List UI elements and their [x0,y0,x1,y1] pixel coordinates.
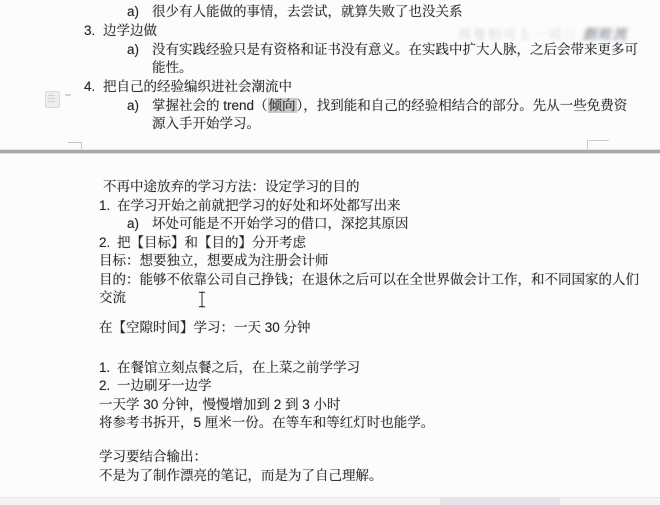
line-text: 边学边做 [103,23,157,38]
page-break-gap [0,150,660,153]
ibeam-cursor-icon [197,291,207,308]
list-marker: 1. [99,358,117,377]
line-text: 没有实践经验只是有资格和证书没有意义。在实践中扩大人脉，之后会带来更多可 [152,42,638,57]
revision-tick-mark [65,94,71,96]
doc-line[interactable]: 交流 [0,288,660,307]
list-marker: a) [127,214,152,233]
line-text: 在【空隙时间】学习：一天 30 分钟 [99,320,311,335]
list-marker: 1. [99,196,117,215]
line-text: 学习要结合输出： [99,449,207,464]
line-text: 将参考书拆开，5 厘米一份。在等车和等红灯时也能学。 [99,415,434,430]
line-text: 掌握社会的 trend（ [152,98,268,113]
line-text: 一边刷牙一边学 [117,378,212,393]
line-text: 交流 [99,290,126,305]
line-text: 把自己的经验编织进社会潮流中 [103,79,292,94]
list-marker: 2. [99,376,117,395]
horizontal-scrollbar[interactable] [0,497,660,505]
comment-indicator-icon[interactable] [45,91,60,108]
doc-line[interactable]: 源入手开始学习。 [0,114,660,133]
doc-line[interactable]: 一天学 30 分钟，慢慢增加到 2 到 3 小时 [0,395,660,414]
doc-line[interactable]: 2.把【目标】和【目的】分开考虑 [0,233,660,252]
list-marker: a) [127,40,152,59]
doc-line[interactable]: a)很少有人能做的事情，去尝试，就算失败了也没关系 [0,2,660,21]
section-heading: 不再中途放弃的学习方法：设定学习的目的 [103,179,360,194]
doc-line[interactable]: a)掌握社会的 trend（倾向），找到能和自己的经验相结合的部分。先从一些免费… [0,96,660,115]
doc-line[interactable]: 不是为了制作漂亮的笔记，而是为了自己理解。 [0,466,660,485]
doc-line[interactable]: 目的：能够不依靠公司自己挣钱；在退休之后可以在全世界做会计工作，和不同国家的人们 [0,270,660,289]
doc-line[interactable]: 将参考书拆开，5 厘米一份。在等车和等红灯时也能学。 [0,413,660,432]
list-marker: 4. [84,77,103,96]
doc-line[interactable]: 2.一边刷牙一边学 [0,376,660,395]
line-text: 很少有人能做的事情，去尝试，就算失败了也没关系 [152,4,463,19]
doc-line[interactable]: 3.边学边做 [0,21,660,40]
line-text: 坏处可能是不开始学习的借口，深挖其原因 [152,216,409,231]
line-text: 源入手开始学习。 [152,116,260,131]
list-marker: a) [127,96,152,115]
highlighted-text: 倾向 [268,98,297,113]
doc-line[interactable]: 能性。 [0,58,660,77]
doc-line[interactable]: 4.把自己的经验编织进社会潮流中 [0,77,660,96]
list-marker: a) [127,2,152,21]
doc-line[interactable]: 不再中途放弃的学习方法：设定学习的目的 [0,177,660,196]
document-canvas: { "page1": { "lines": [ {"marker": "a)",… [0,0,660,505]
line-text: 目标：想要独立，想要成为注册会计师 [99,253,329,268]
list-marker: 3. [84,21,103,40]
line-text: 目的：能够不依靠公司自己挣钱；在退休之后可以在全世界做会计工作，和不同国家的人们 [99,272,639,287]
line-text: 一天学 30 分钟，慢慢增加到 2 到 3 小时 [99,397,341,412]
doc-line[interactable]: 在【空隙时间】学习：一天 30 分钟 [0,318,660,337]
doc-line[interactable]: 1.在餐馆立刻点餐之后，在上菜之前学学习 [0,358,660,377]
line-text: ），找到能和自己的经验相结合的部分。先从一些免费资 [297,98,628,113]
line-text: 在餐馆立刻点餐之后，在上菜之前学学习 [117,360,360,375]
doc-line[interactable]: a)没有实践经验只是有资格和证书没有意义。在实践中扩大人脉，之后会带来更多可 [0,40,660,59]
line-text: 在学习开始之前就把学习的好处和坏处都写出来 [117,198,401,213]
doc-line[interactable]: 学习要结合输出： [0,447,660,466]
line-text: 不是为了制作漂亮的笔记，而是为了自己理解。 [99,468,383,483]
doc-line[interactable]: 1.在学习开始之前就把学习的好处和坏处都写出来 [0,196,660,215]
line-text: 把【目标】和【目的】分开考虑 [117,235,306,250]
scrollbar-thumb[interactable] [440,498,560,505]
doc-line[interactable]: a)坏处可能是不开始学习的借口，深挖其原因 [0,214,660,233]
list-marker: 2. [99,233,117,252]
line-text: 能性。 [152,60,193,75]
doc-line[interactable]: 目标：想要独立，想要成为注册会计师 [0,251,660,270]
